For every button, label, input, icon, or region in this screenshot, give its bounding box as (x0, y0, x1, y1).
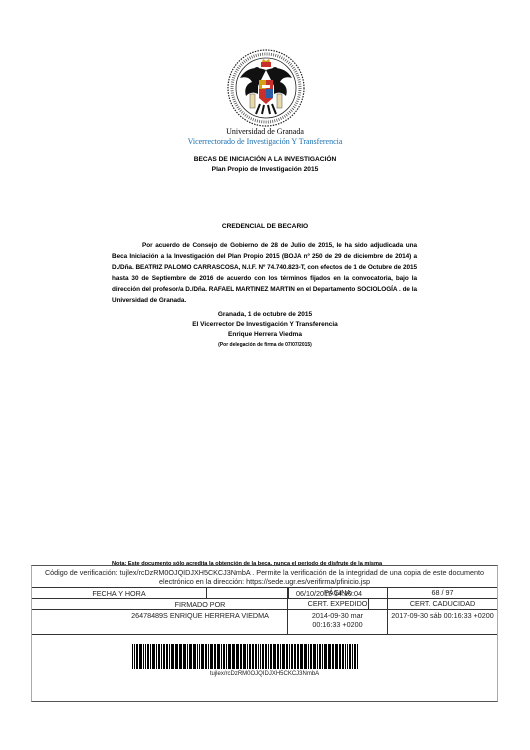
signature-block: Granada, 1 de octubre de 2015 El Vicerre… (0, 310, 530, 350)
cert-header-cells: CERT. EXPEDIDO CERT. CADUCIDAD (287, 598, 497, 609)
university-crest-icon (226, 48, 306, 128)
cert-caducidad-label: CERT. CADUCIDAD (387, 598, 497, 609)
barcode-area: tujlex/rcDzRM0OJQIDJXH5CKCJ3NmbA (32, 638, 497, 700)
place-date: Granada, 1 de octubre de 2015 (0, 310, 530, 320)
cert-expedido-label: CERT. EXPEDIDO (287, 598, 387, 609)
document-subtitle: Plan Propio de Investigación 2015 (0, 165, 530, 175)
credential-body: Por acuerdo de Consejo de Gobierno de 28… (112, 240, 417, 306)
signer-name: Enrique Herrera Viedma (0, 330, 530, 340)
vicerrectorado-name: Vicerrectorado de Investigación Y Transf… (0, 137, 530, 147)
university-header: Universidad de Granada Vicerrectorado de… (0, 127, 530, 147)
university-name: Universidad de Granada (0, 127, 530, 137)
barcode-icon (132, 644, 360, 669)
cert-expedido-value: 2014-09-30 mar 00:16:33 +0200 (287, 609, 387, 634)
page-cells: PÁGINA 68 / 97 (287, 587, 497, 598)
cert-caducidad-value: 2017-09-30 sáb 00:16:33 +0200 (387, 609, 497, 634)
document-title: BECAS DE INICIACIÓN A LA INVESTIGACIÓN (0, 155, 530, 165)
pagina-value: 68 / 97 (387, 587, 497, 598)
delegation-note: (Por delegación de firma de 07/07/2015) (0, 340, 530, 350)
signer-role: El Vicerrector De Investigación Y Transf… (0, 320, 530, 330)
verification-code-text: Código de verificación: tujlex/rcDzRM0OJ… (32, 566, 497, 588)
document-header: BECAS DE INICIACIÓN A LA INVESTIGACIÓN P… (0, 155, 530, 175)
credential-heading: CREDENCIAL DE BECARIO (0, 223, 530, 230)
fecha-label: FECHA Y HORA (32, 588, 206, 598)
barcode-text: tujlex/rcDzRM0OJQIDJXH5CKCJ3NmbA (32, 671, 497, 677)
pagina-label: PÁGINA (287, 587, 387, 598)
cert-value-cells: 2014-09-30 mar 00:16:33 +0200 2017-09-30… (287, 609, 497, 634)
